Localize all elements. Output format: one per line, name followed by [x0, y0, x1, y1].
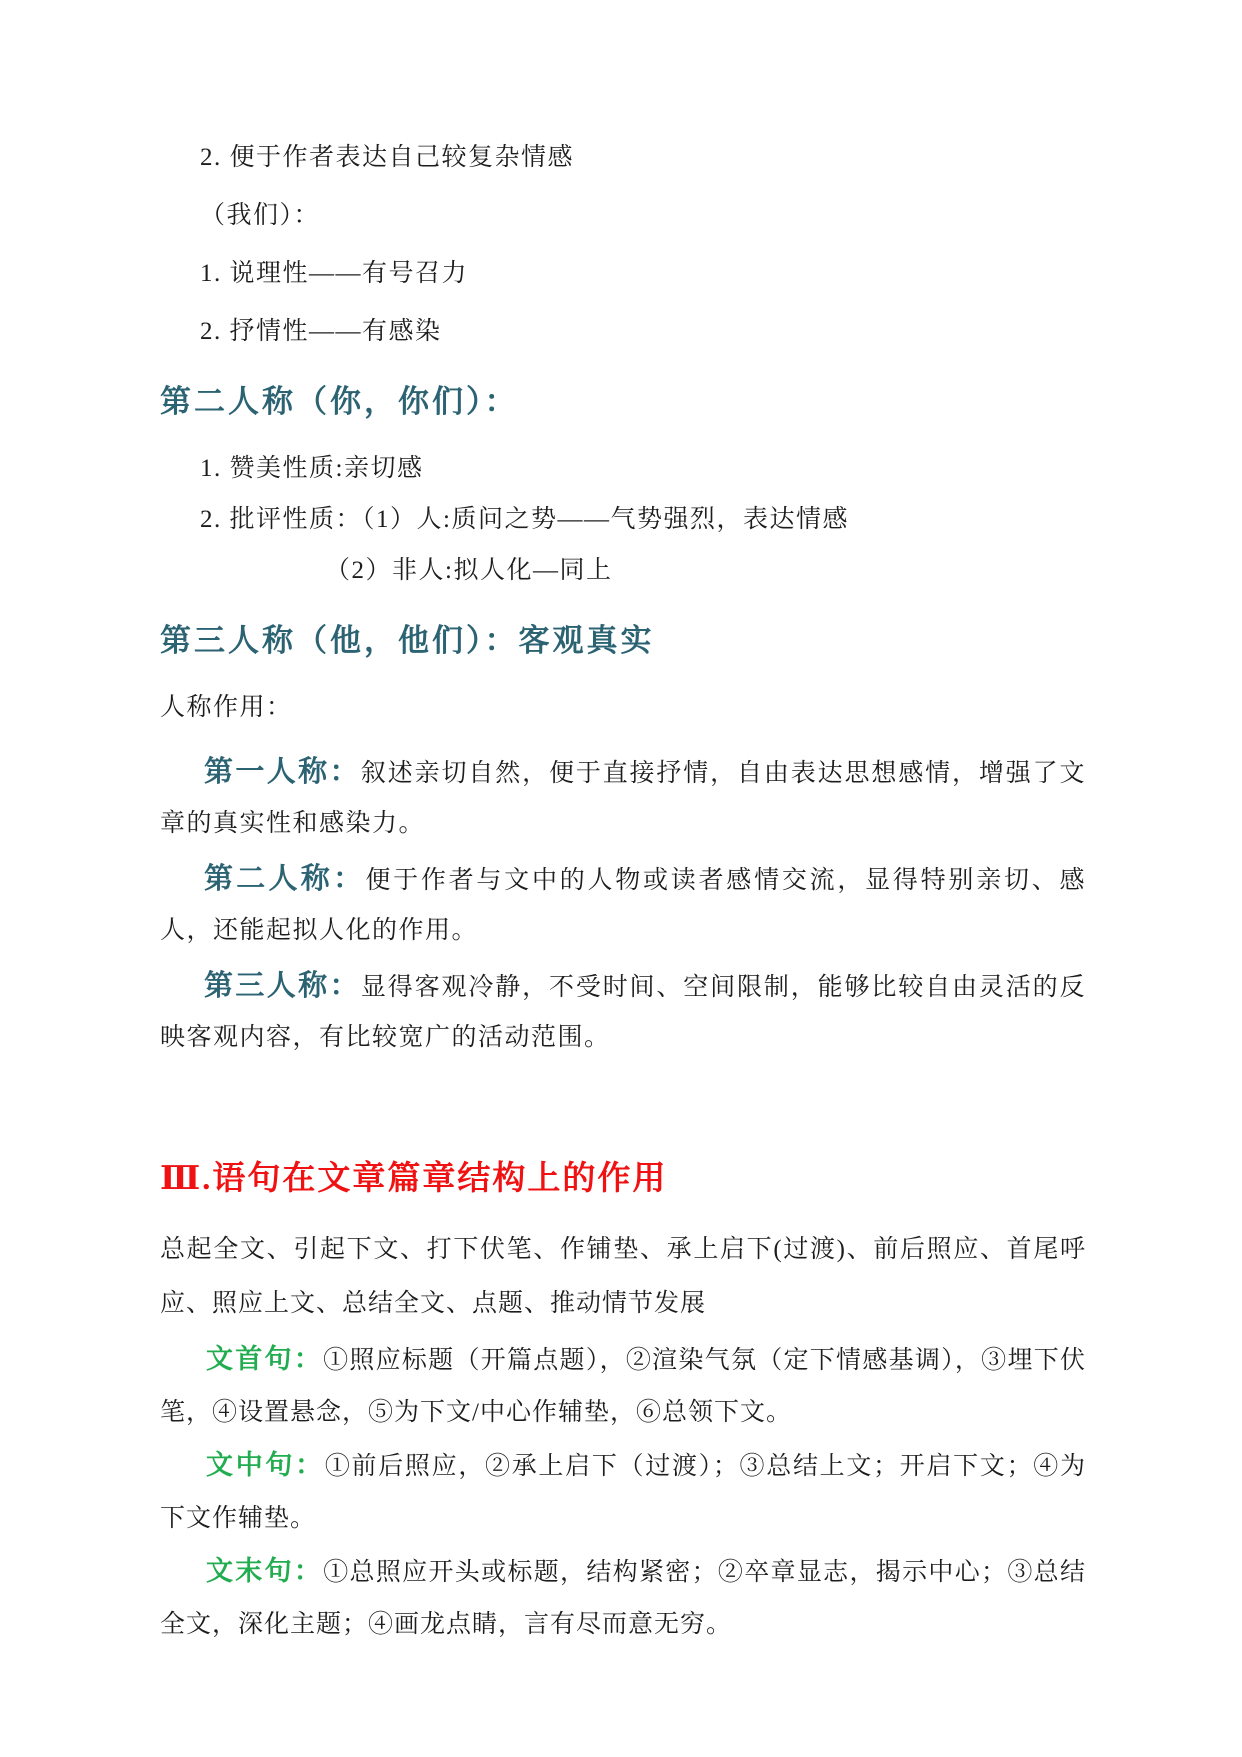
praise-nature-item: 1. 赞美性质:亲切感: [160, 453, 1086, 484]
first-person-role-label: 第一人称：: [204, 756, 361, 788]
person-roles-intro: 人称作用：: [160, 692, 1086, 723]
opening-sentence-paragraph: 文首句：①照应标题（开篇点题），②渲染气氛（定下情感基调），③埋下伏笔，④设置悬…: [160, 1333, 1086, 1439]
criticism-nature-item: 2. 批评性质：（1）人:质问之势——气势强烈，表达情感: [160, 504, 1086, 535]
second-person-role-paragraph: 第二人称：便于作者与文中的人物或读者感情交流，显得特别亲切、感人，还能起拟人化的…: [160, 854, 1086, 956]
second-person-role-label: 第二人称：: [204, 863, 365, 895]
structure-functions-intro: 总起全文、引起下文、打下伏笔、作铺垫、承上启下(过渡)、前后照应、首尾呼应、照应…: [160, 1223, 1086, 1331]
first-person-role-paragraph: 第一人称：叙述亲切自然，便于直接抒情，自由表达思想感情，增强了文章的真实性和感染…: [160, 747, 1086, 849]
ending-sentence-label: 文末句：: [206, 1556, 323, 1586]
non-human-item: （2）非人:拟人化—同上: [160, 555, 1086, 586]
ending-sentence-paragraph: 文末句：①总照应开头或标题，结构紧密；②卒章显志，揭示中心；③总结全文，深化主题…: [160, 1545, 1086, 1651]
third-person-role-label: 第三人称：: [204, 970, 361, 1002]
third-person-role-paragraph: 第三人称：显得客观冷静，不受时间、空间限制，能够比较自由灵活的反映客观内容，有比…: [160, 961, 1086, 1063]
middle-sentence-label: 文中句：: [206, 1450, 325, 1480]
document-page: 2. 便于作者表达自己较复杂情感 （我们）： 1. 说理性——有号召力 2. 抒…: [0, 0, 1242, 1757]
third-person-heading: 第三人称（他，他们）：客观真实: [160, 622, 1086, 660]
first-person-benefit-item: 2. 便于作者表达自己较复杂情感: [160, 142, 1086, 173]
structure-section-heading: Ⅲ.语句在文章篇章结构上的作用: [160, 1159, 1086, 1199]
opening-sentence-label: 文首句：: [206, 1344, 323, 1374]
middle-sentence-paragraph: 文中句：①前后照应，②承上启下（过渡）；③总结上文；开启下文；④为下文作辅垫。: [160, 1439, 1086, 1545]
second-person-heading: 第二人称（你，你们）：: [160, 383, 1086, 421]
lyrical-quality-item: 2. 抒情性——有感染: [160, 316, 1086, 347]
we-pronoun-label: （我们）：: [160, 200, 1086, 231]
reasoning-quality-item: 1. 说理性——有号召力: [160, 258, 1086, 289]
